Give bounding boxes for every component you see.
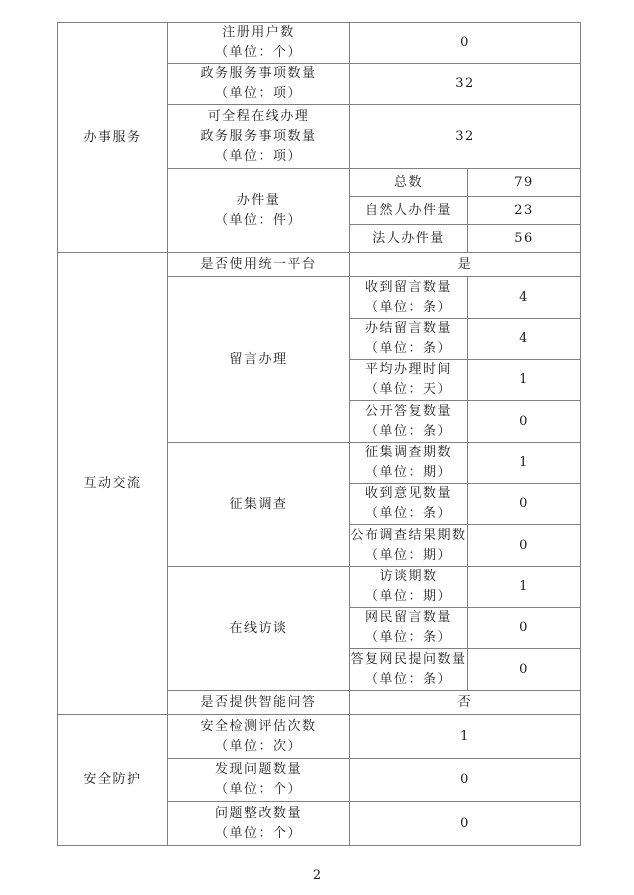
metric-value-cell: 是 <box>350 253 581 277</box>
metric-group-cell: 在线访谈 <box>168 567 350 691</box>
submetric-value-cell: 23 <box>468 197 581 225</box>
submetric-label-cell: 公布调查结果期数 （单位：期） <box>350 525 468 567</box>
submetric-value-cell: 0 <box>468 649 581 691</box>
metric-label-cell: 注册用户数 （单位：个） <box>168 23 350 64</box>
metric-value-cell: 0 <box>350 23 581 64</box>
submetric-value-cell: 79 <box>468 169 581 197</box>
metric-value-cell: 32 <box>350 105 581 169</box>
label-line: （单位：项） <box>168 147 349 167</box>
label-line: 公开答复数量 <box>350 402 467 422</box>
submetric-label-cell: 法人办件量 <box>350 225 468 253</box>
submetric-value-cell: 1 <box>468 443 581 484</box>
label-line: 访谈期数 <box>350 567 467 587</box>
submetric-value-cell: 4 <box>468 319 581 360</box>
label-line: （单位：条） <box>350 422 467 442</box>
metric-label-cell: 可全程在线办理 政务服务事项数量 （单位：项） <box>168 105 350 169</box>
metric-group-cell: 办件量 （单位：件） <box>168 169 350 253</box>
metric-label-cell: 发现问题数量 （单位：个） <box>168 759 350 802</box>
label-line: （单位：条） <box>350 298 467 318</box>
metric-value-cell: 32 <box>350 64 581 105</box>
label-line: 政务服务事项数量 <box>168 127 349 147</box>
category-cell: 互动交流 <box>58 253 168 715</box>
label-line: 安全检测评估次数 <box>168 717 349 737</box>
submetric-label-cell: 公开答复数量 （单位：条） <box>350 401 468 443</box>
label-line: （单位：个） <box>168 43 349 63</box>
label-line: （单位：件） <box>168 211 349 231</box>
submetric-value-cell: 0 <box>468 401 581 443</box>
submetric-label-cell: 收到意见数量 （单位：条） <box>350 484 468 525</box>
submetric-label-cell: 总数 <box>350 169 468 197</box>
label-line: 办件量 <box>168 191 349 211</box>
submetric-label-cell: 收到留言数量 （单位：条） <box>350 277 468 319</box>
category-cell: 安全防护 <box>58 715 168 846</box>
label-line: 平均办理时间 <box>350 360 467 380</box>
submetric-value-cell: 56 <box>468 225 581 253</box>
submetric-label-cell: 答复网民提问数量 （单位：条） <box>350 649 468 691</box>
label-line: 网民留言数量 <box>350 608 467 628</box>
metric-label-cell: 问题整改数量 （单位：个） <box>168 802 350 846</box>
page-number: 2 <box>0 868 634 883</box>
submetric-value-cell: 1 <box>468 360 581 401</box>
metric-value-cell: 否 <box>350 691 581 715</box>
metric-group-cell: 留言办理 <box>168 277 350 443</box>
metric-label-cell: 是否使用统一平台 <box>168 253 350 277</box>
category-cell: 办事服务 <box>58 23 168 253</box>
label-line: 注册用户数 <box>168 23 349 43</box>
submetric-label-cell: 办结留言数量 （单位：条） <box>350 319 468 360</box>
label-line: 可全程在线办理 <box>168 107 349 127</box>
label-line: （单位：天） <box>350 380 467 400</box>
metric-value-cell: 1 <box>350 715 581 759</box>
label-line: （单位：个） <box>168 780 349 800</box>
label-line: 问题整改数量 <box>168 804 349 824</box>
submetric-value-cell: 0 <box>468 484 581 525</box>
metric-label-cell: 安全检测评估次数 （单位：次） <box>168 715 350 759</box>
metric-value-cell: 0 <box>350 759 581 802</box>
label-line: （单位：条） <box>350 504 467 524</box>
submetric-value-cell: 4 <box>468 277 581 319</box>
label-line: 收到意见数量 <box>350 484 467 504</box>
metric-value-cell: 0 <box>350 802 581 846</box>
label-line: （单位：条） <box>350 339 467 359</box>
label-line: （单位：个） <box>168 824 349 844</box>
submetric-label-cell: 征集调查期数 （单位：期） <box>350 443 468 484</box>
label-line: 办结留言数量 <box>350 319 467 339</box>
metric-label-cell: 是否提供智能问答 <box>168 691 350 715</box>
label-line: 政务服务事项数量 <box>168 64 349 84</box>
submetric-label-cell: 自然人办件量 <box>350 197 468 225</box>
submetric-label-cell: 访谈期数 （单位：期） <box>350 567 468 608</box>
submetric-value-cell: 0 <box>468 608 581 649</box>
report-table: 办事服务 注册用户数 （单位：个） 0 政务服务事项数量 （单位：项） 32 可… <box>57 22 581 846</box>
label-line: （单位：次） <box>168 737 349 757</box>
metric-group-cell: 征集调查 <box>168 443 350 567</box>
submetric-label-cell: 平均办理时间 （单位：天） <box>350 360 468 401</box>
submetric-value-cell: 1 <box>468 567 581 608</box>
label-line: 发现问题数量 <box>168 760 349 780</box>
label-line: （单位：期） <box>350 546 467 566</box>
label-line: 答复网民提问数量 <box>350 650 467 670</box>
label-line: 收到留言数量 <box>350 278 467 298</box>
label-line: 公布调查结果期数 <box>350 526 467 546</box>
label-line: （单位：条） <box>350 670 467 690</box>
label-line: （单位：期） <box>350 463 467 483</box>
submetric-value-cell: 0 <box>468 525 581 567</box>
label-line: （单位：项） <box>168 84 349 104</box>
label-line: （单位：期） <box>350 587 467 607</box>
label-line: （单位：条） <box>350 628 467 648</box>
submetric-label-cell: 网民留言数量 （单位：条） <box>350 608 468 649</box>
metric-label-cell: 政务服务事项数量 （单位：项） <box>168 64 350 105</box>
label-line: 征集调查期数 <box>350 443 467 463</box>
